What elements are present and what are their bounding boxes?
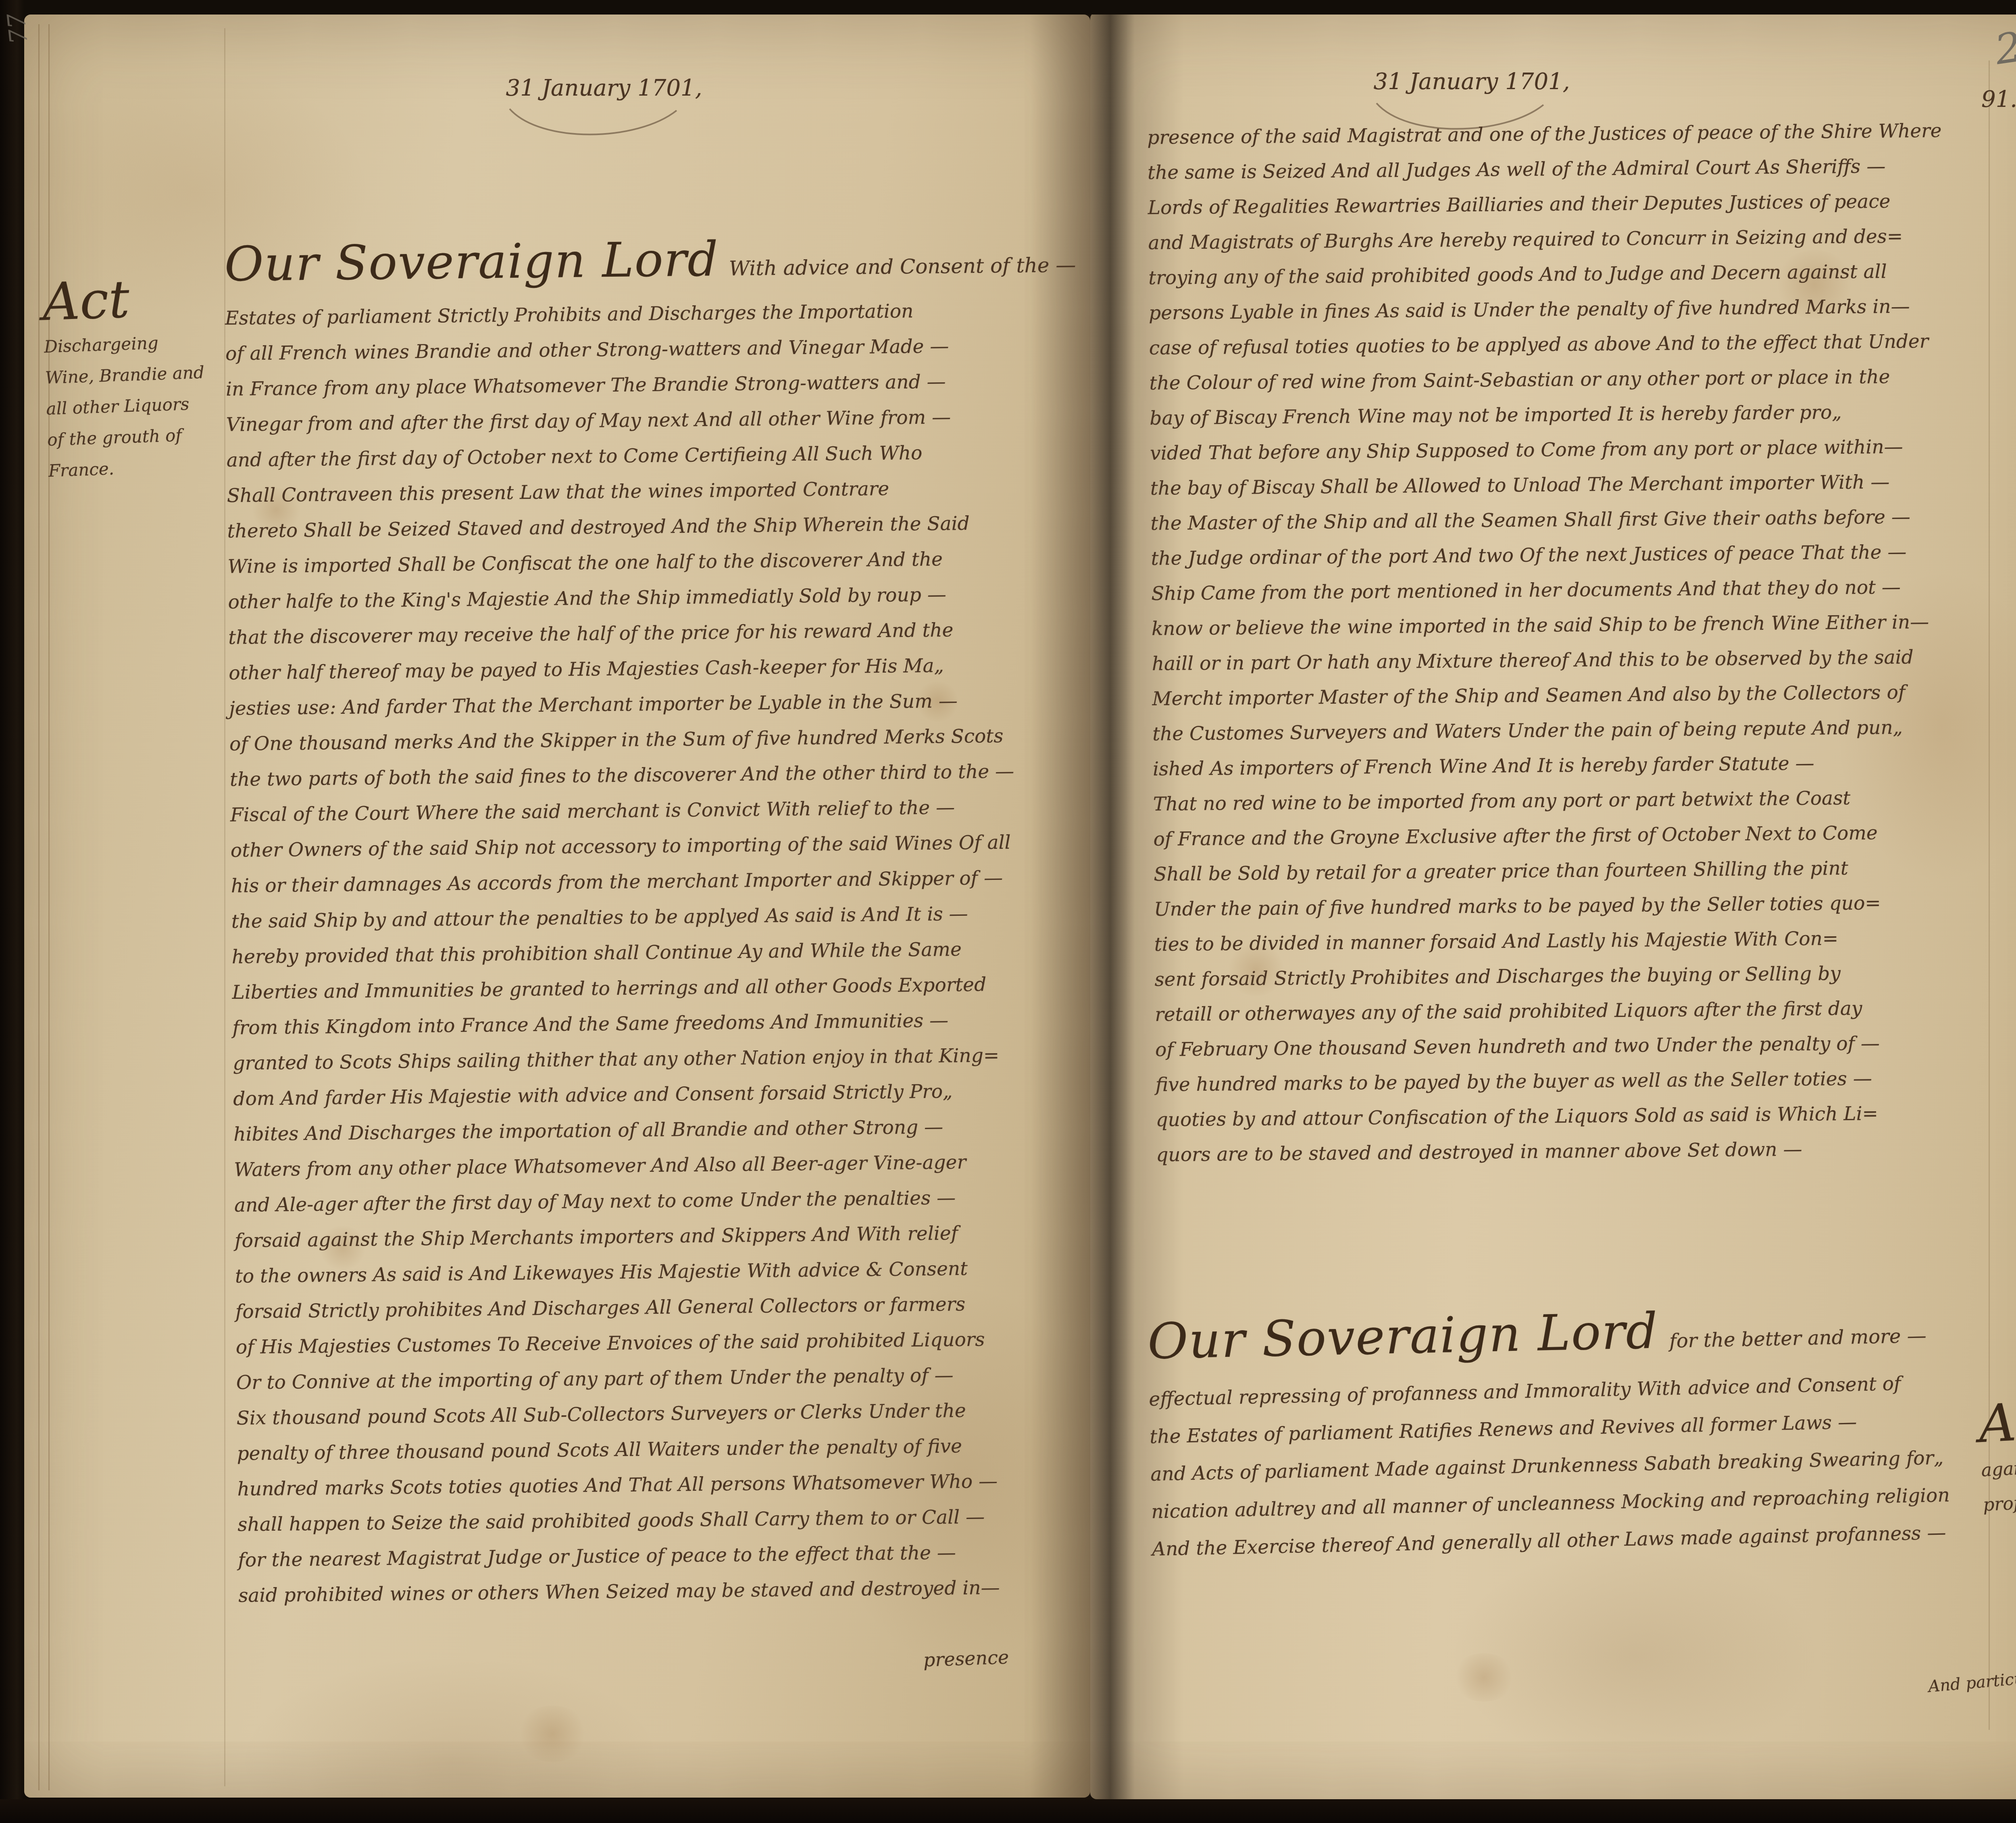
manuscript-line: Under the pain of five hundred marks to …	[1154, 885, 1993, 927]
manuscript-line: quoties by and attour Confiscation of th…	[1156, 1095, 1995, 1138]
corner-pencil-mark: 77	[2, 12, 33, 45]
act-opening-large-script: Our Soveraign Lord	[1147, 1302, 1659, 1370]
margin-note-act-discharging: Act DischargeingWine, Brandie andall oth…	[42, 268, 242, 486]
act-opening-continuation: With advice and Consent of the —	[729, 253, 1076, 280]
margin-note-initial: Act	[1977, 1388, 2016, 1453]
margin-note-initial: Act	[42, 268, 237, 331]
date-heading-left: 31 January 1701,	[471, 75, 737, 101]
manuscript-line: quors are to be staved and destroyed in …	[1156, 1130, 1995, 1173]
act-opening-large-script: Our Soveraign Lord	[224, 231, 719, 292]
date-heading-right: 31 January 1701,	[1339, 69, 1605, 95]
margin-note-act-against-profanness: Act againstprofanness.	[1977, 1388, 2016, 1523]
second-act-text-block: Our Soveraign Lord for the better and mo…	[1147, 1295, 1991, 1568]
left-page-text-block: Our Soveraign Lord With advice and Conse…	[224, 228, 1009, 1614]
manuscript-line: of France and the Groyne Exclusive after…	[1153, 815, 1992, 857]
folio-number-ink: 91.	[1981, 86, 2016, 113]
manuscript-line: the Colour of red wine from Saint-Sebast…	[1149, 358, 1988, 401]
second-act-lines: effectual repressing of profanness and I…	[1149, 1363, 1991, 1568]
photo-frame-bottom	[0, 1799, 2016, 1823]
right-page-text-block: presence of the said Magistrat and one o…	[1147, 113, 1995, 1173]
act-opening-continuation: for the better and more —	[1669, 1325, 1927, 1352]
book-spine-edge	[0, 0, 24, 1823]
manuscript-line: the Customes Surveyers and Waters Under …	[1152, 709, 1991, 752]
right-page-lines: presence of the said Magistrat and one o…	[1147, 113, 1995, 1173]
left-page-lines: Estates of parliament Strictly Prohibits…	[225, 293, 1009, 1614]
photo-frame-top	[0, 0, 2016, 15]
manuscript-photo: { "document": { "kind": "handwritten par…	[0, 0, 2016, 1823]
catchword-left: presence	[923, 1646, 1009, 1671]
act-opening-line: Our Soveraign Lord With advice and Conse…	[224, 228, 995, 292]
